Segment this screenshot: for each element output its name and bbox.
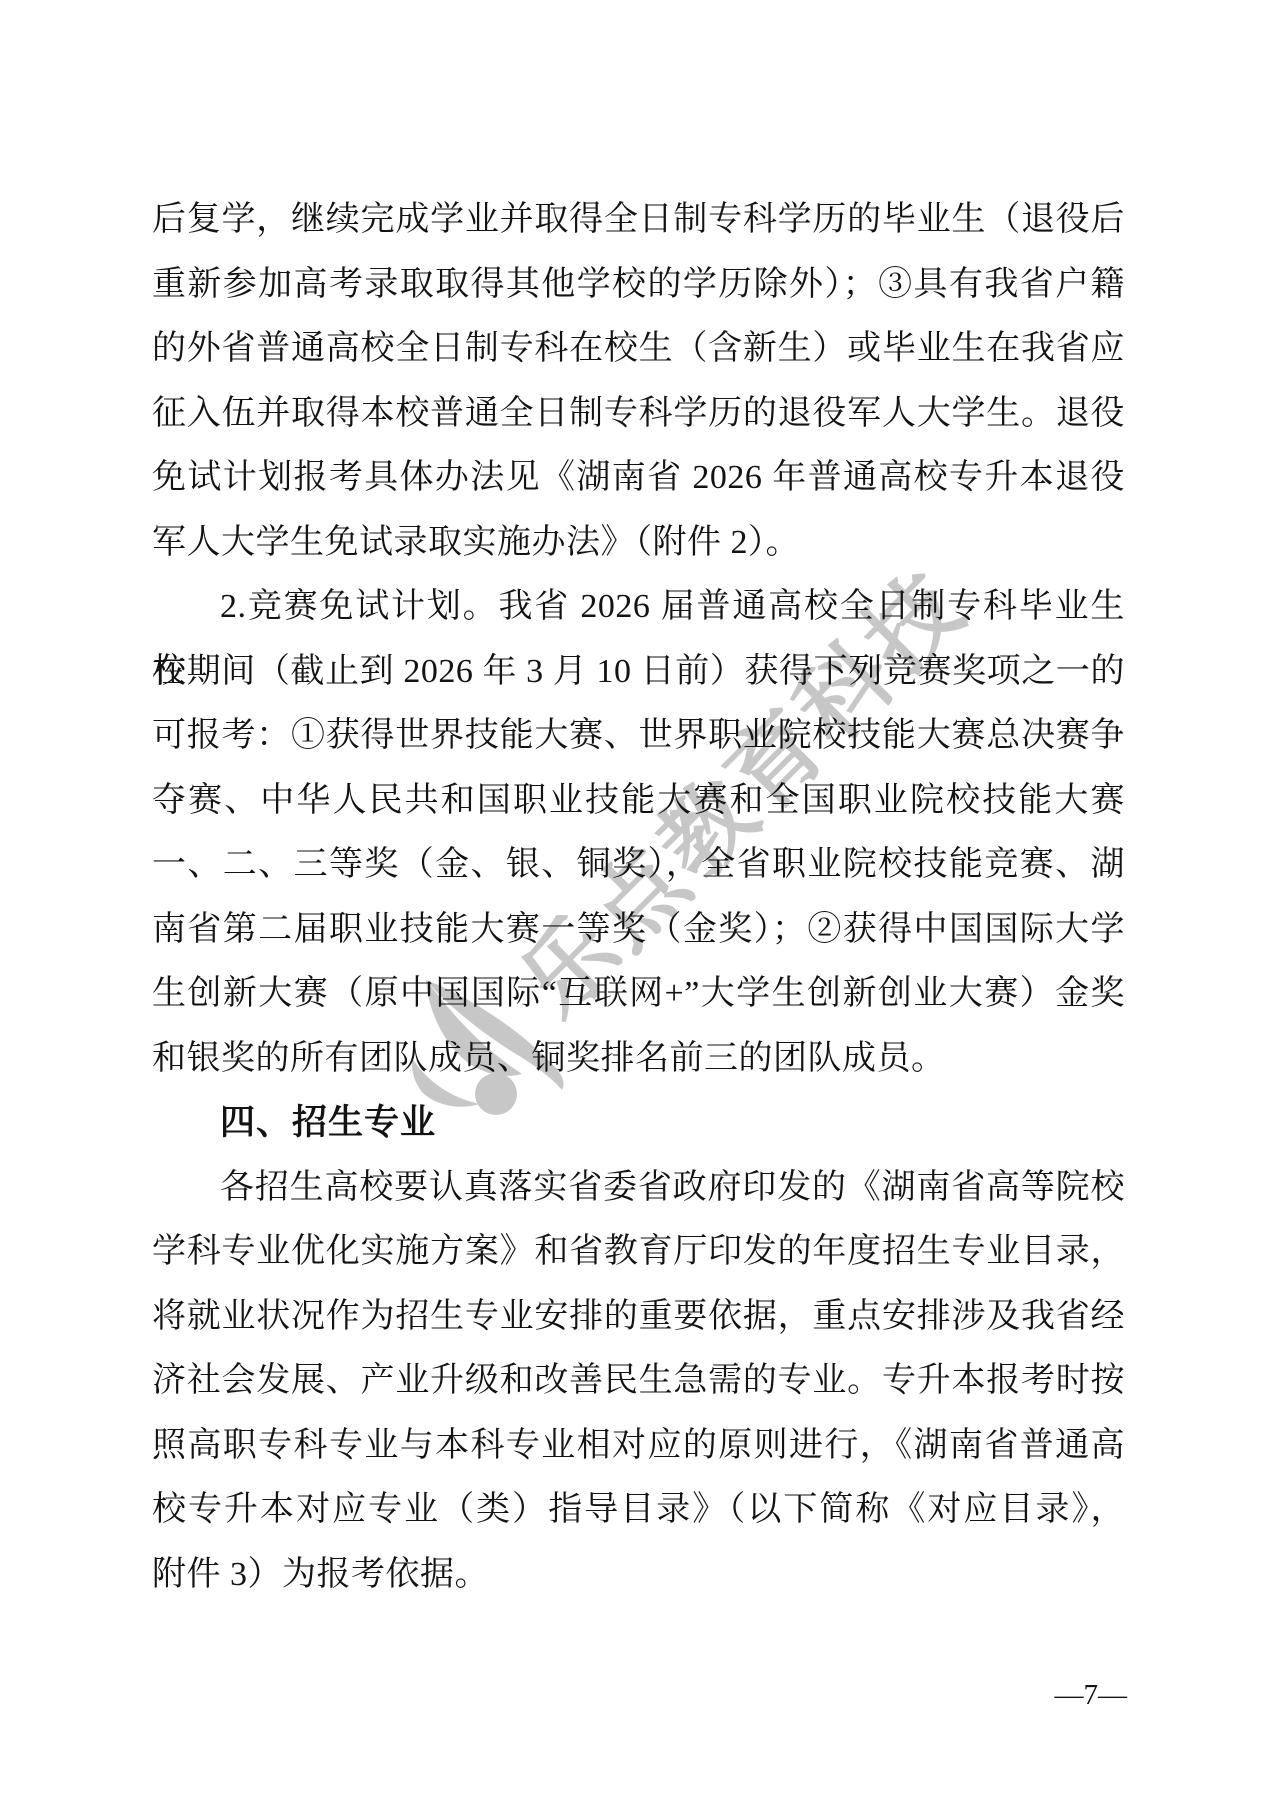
- text-line: 重新参加高考录取取得其他学校的学历除外）；③具有我省户籍: [152, 253, 1125, 318]
- text-line: 各招生高校要认真落实省委省政府印发的《湖南省高等院校: [152, 1156, 1125, 1221]
- document-body: 后复学，继续完成学业并取得全日制专科学历的毕业生（退役后重新参加高考录取取得其他…: [152, 188, 1125, 1607]
- section-heading: 四、招生专业: [152, 1091, 1125, 1156]
- text-line: 2.竞赛免试计划。我省 2026 届普通高校全日制专科毕业生在: [152, 575, 1125, 640]
- text-line: 和银奖的所有团队成员、铜奖排名前三的团队成员。: [152, 1027, 1125, 1092]
- document-page: 乐点教育科技 后复学，继续完成学业并取得全日制专科学历的毕业生（退役后重新参加高…: [0, 0, 1280, 1810]
- text-line: 征入伍并取得本校普通全日制专科学历的退役军人大学生。退役: [152, 382, 1125, 447]
- text-line: 可报考：①获得世界技能大赛、世界职业院校技能大赛总决赛争: [152, 704, 1125, 769]
- text-line: 生创新大赛（原中国国际“互联网+”大学生创新创业大赛）金奖: [152, 962, 1125, 1027]
- text-line: 校期间（截止到 2026 年 3 月 10 日前）获得下列竞赛奖项之一的: [152, 640, 1125, 705]
- text-line: 附件 3）为报考依据。: [152, 1543, 1125, 1608]
- text-line: 济社会发展、产业升级和改善民生急需的专业。专升本报考时按: [152, 1349, 1125, 1414]
- text-line: 夺赛、中华人民共和国职业技能大赛和全国职业院校技能大赛: [152, 769, 1125, 834]
- text-line: 免试计划报考具体办法见《湖南省 2026 年普通高校专升本退役: [152, 446, 1125, 511]
- text-line: 后复学，继续完成学业并取得全日制专科学历的毕业生（退役后: [152, 188, 1125, 253]
- text-line: 南省第二届职业技能大赛一等奖（金奖）；②获得中国国际大学: [152, 898, 1125, 963]
- text-line: 校专升本对应专业（类）指导目录》（以下简称《对应目录》，: [152, 1478, 1125, 1543]
- text-line: 学科专业优化实施方案》和省教育厅印发的年度招生专业目录，: [152, 1220, 1125, 1285]
- page-number: —7—: [1055, 1678, 1128, 1712]
- text-line: 照高职专科专业与本科专业相对应的原则进行，《湖南省普通高: [152, 1414, 1125, 1479]
- text-line: 军人大学生免试录取实施办法》（附件 2）。: [152, 511, 1125, 576]
- text-line: 将就业状况作为招生专业安排的重要依据，重点安排涉及我省经: [152, 1285, 1125, 1350]
- text-line: 的外省普通高校全日制专科在校生（含新生）或毕业生在我省应: [152, 317, 1125, 382]
- text-line: 一、二、三等奖（金、银、铜奖），全省职业院校技能竞赛、湖: [152, 833, 1125, 898]
